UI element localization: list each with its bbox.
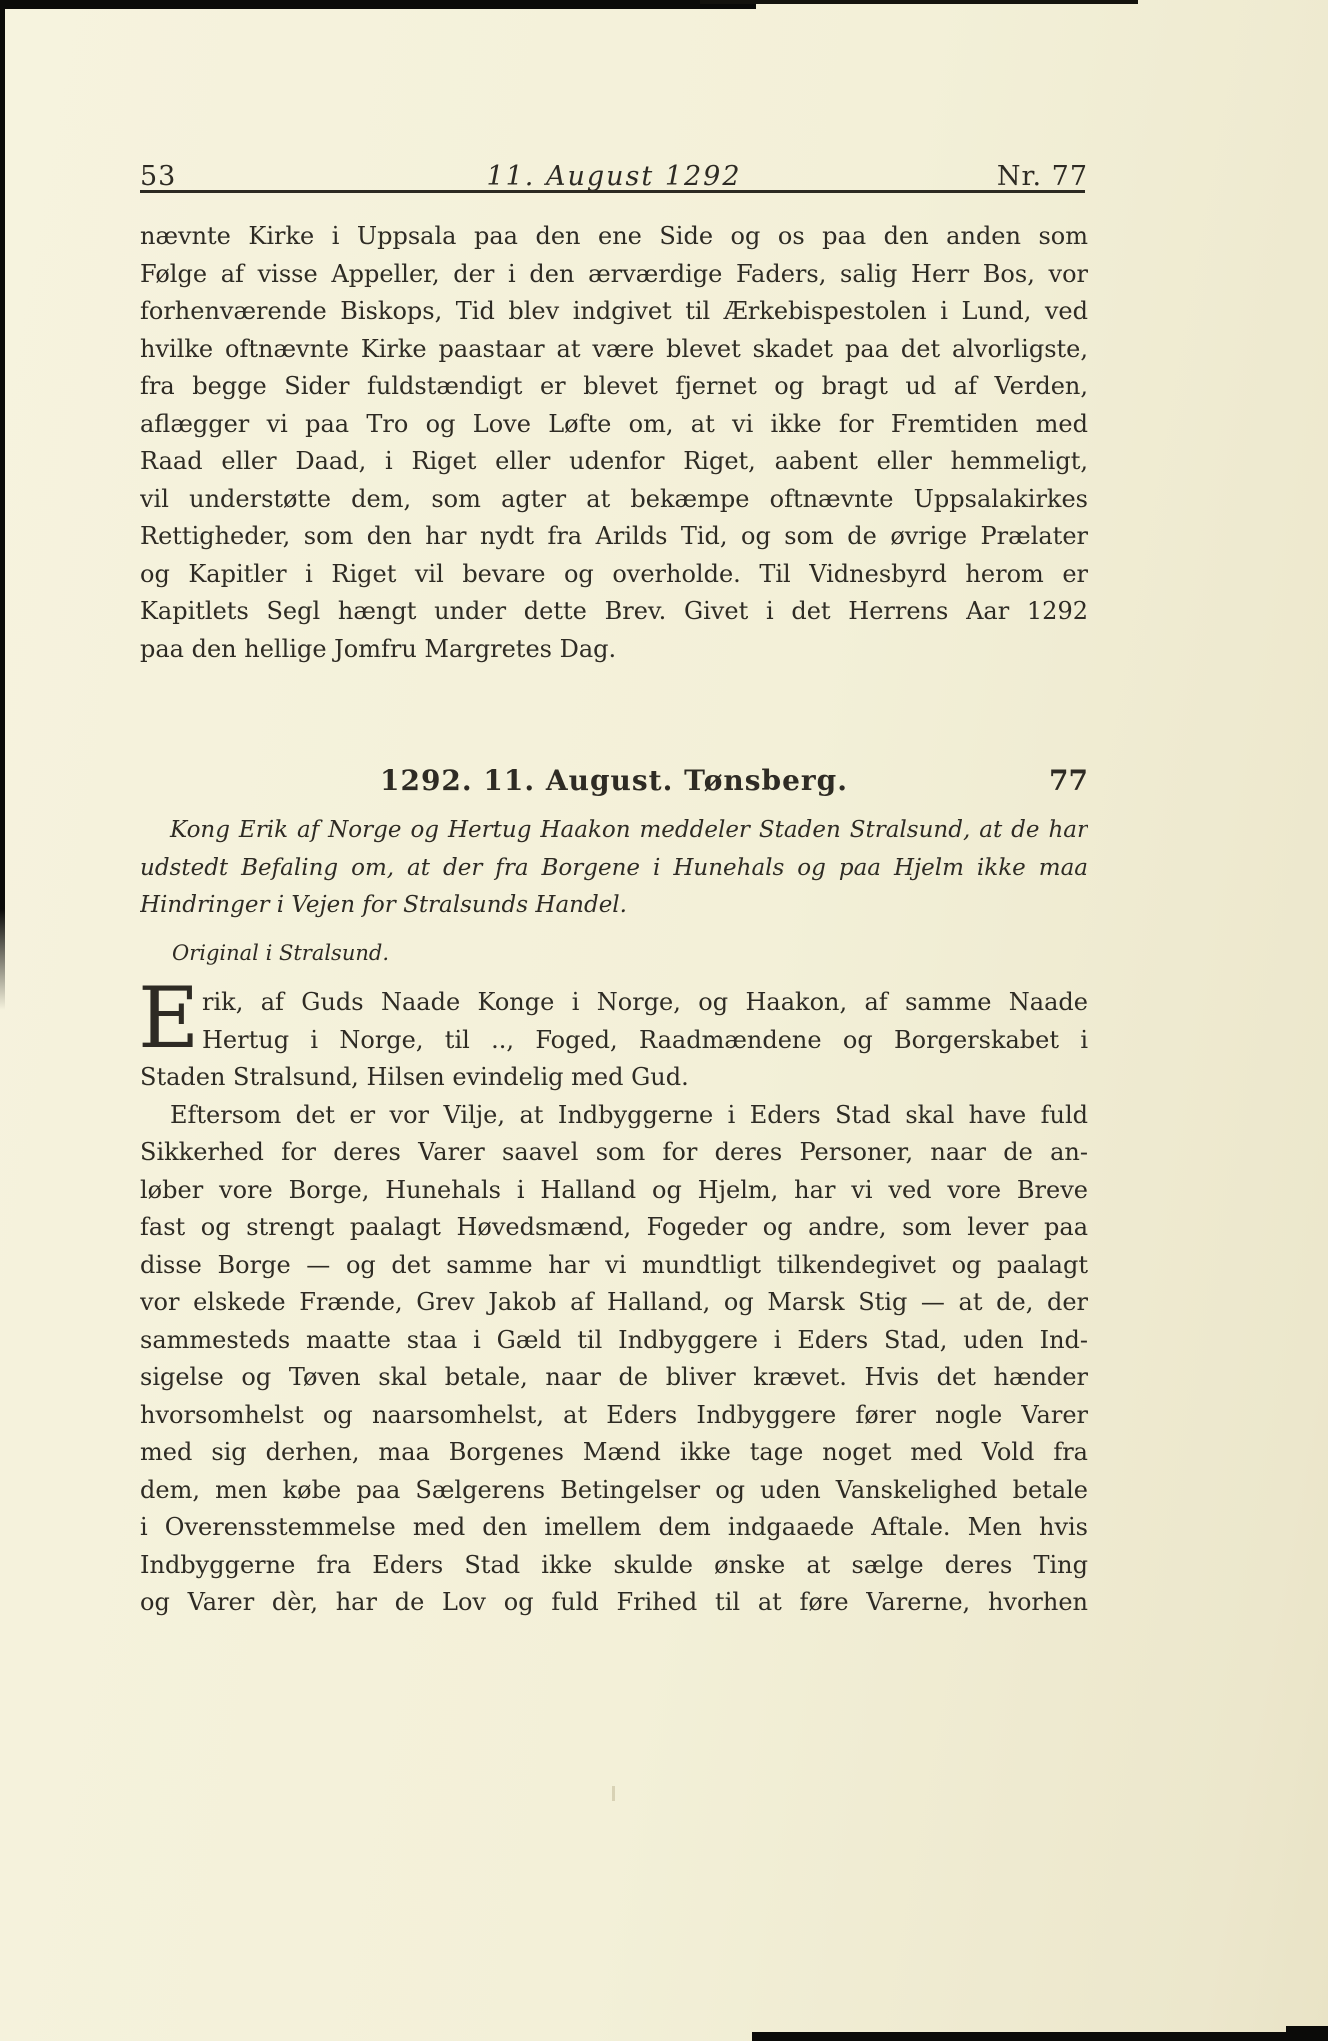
entry-opening-paragraph: E rik, af Guds Naade Konge i Norge, og H… (140, 984, 1088, 1097)
continuation-paragraph: nævnte Kirke i Uppsala paa den ene Side … (140, 218, 1088, 668)
source-note: Original i Stralsund. (172, 938, 389, 968)
text-line: og Varer dèr, har de Lov og fuld Frihed … (140, 1584, 1088, 1622)
scan-edge-left (0, 0, 5, 1010)
text-line: vor elskede Frænde, Grev Jakob af Hallan… (140, 1284, 1088, 1322)
text-line: fra begge Sider fuldstændigt er blevet f… (140, 368, 1088, 406)
text-line: hvilke oftnævnte Kirke paastaar at være … (140, 331, 1088, 369)
book-page-scan: 53 11. August 1292 Nr. 77 nævnte Kirke i… (0, 0, 1328, 2041)
text-line: sammesteds maatte staa i Gæld til Indbyg… (140, 1322, 1088, 1360)
scan-edge-top (0, 0, 756, 9)
drop-cap-initial: E (138, 987, 199, 1049)
scan-edge-bottom (752, 2032, 1328, 2041)
text-line: og Kapitler i Riget vil bevare og overho… (140, 556, 1088, 594)
text-line: forhenværende Biskops, Tid blev indgivet… (140, 293, 1088, 331)
text-line: Følge af visse Appeller, der i den ærvær… (140, 256, 1088, 294)
text-line: Indbyggerne fra Eders Stad ikke skulde ø… (140, 1547, 1088, 1585)
text-line: Raad eller Daad, i Riget eller udenfor R… (140, 443, 1088, 481)
scan-stray-mark (612, 1786, 615, 1801)
summary-line: Kong Erik af Norge og Hertug Haakon medd… (140, 812, 1088, 850)
entry-body-paragraph: Eftersom det er vor Vilje, at Indbyggern… (140, 1097, 1088, 1622)
text-line: fast og strengt paalagt Høvedsmænd, Foge… (140, 1209, 1088, 1247)
text-line: disse Borge — og det samme har vi mundtl… (140, 1247, 1088, 1285)
text-line: nævnte Kirke i Uppsala paa den ene Side … (140, 218, 1088, 256)
text-line: paa den hellige Jomfru Margretes Dag. (140, 631, 1088, 669)
scan-edge-top-thin (700, 0, 1138, 4)
summary-line: Hindringer i Vejen for Stralsunds Handel… (140, 887, 1088, 925)
entry-heading-row: 1292. 11. August. Tønsberg. 77 (140, 764, 1088, 804)
text-line: Rettigheder, som den har nydt fra Arilds… (140, 518, 1088, 556)
text-line: Kapitlets Segl hængt under dette Brev. G… (140, 593, 1088, 631)
text-line: Eftersom det er vor Vilje, at Indbyggern… (140, 1097, 1088, 1135)
text-line: i Overensstemmelse med den imellem dem i… (140, 1509, 1088, 1547)
running-header: 53 11. August 1292 Nr. 77 (140, 150, 1088, 192)
text-line: Sikkerhed for deres Varer saavel som for… (140, 1134, 1088, 1172)
text-line: Staden Stralsund, Hilsen evindelig med G… (140, 1059, 1088, 1097)
text-line: dem, men købe paa Sælgerens Betingelser … (140, 1472, 1088, 1510)
running-head-date: 11. August 1292 (486, 161, 741, 192)
text-line: løber vore Borge, Hunehals i Halland og … (140, 1172, 1088, 1210)
entry-summary: Kong Erik af Norge og Hertug Haakon medd… (140, 812, 1088, 925)
text-line: vil understøtte dem, som agter at bekæmp… (140, 481, 1088, 519)
text-line: aflægger vi paa Tro og Love Løfte om, at… (140, 406, 1088, 444)
text-line: rik, af Guds Naade Konge i Norge, og Haa… (140, 984, 1088, 1022)
text-line: hvorsomhelst og naarsomhelst, at Eders I… (140, 1397, 1088, 1435)
text-line: Hertug i Norge, til .., Foged, Raadmænde… (140, 1022, 1088, 1060)
page-number: 53 (140, 161, 176, 192)
text-line: med sig derhen, maa Borgenes Mænd ikke t… (140, 1434, 1088, 1472)
scan-edge-corner (1286, 2026, 1328, 2041)
entry-heading: 1292. 11. August. Tønsberg. (380, 764, 848, 797)
entry-number: 77 (1049, 764, 1088, 797)
document-number-header: Nr. 77 (997, 161, 1088, 192)
text-line: sigelse og Tøven skal betale, naar de bl… (140, 1359, 1088, 1397)
summary-line: udstedt Befaling om, at der fra Borgene … (140, 850, 1088, 888)
header-rule (140, 190, 1085, 193)
